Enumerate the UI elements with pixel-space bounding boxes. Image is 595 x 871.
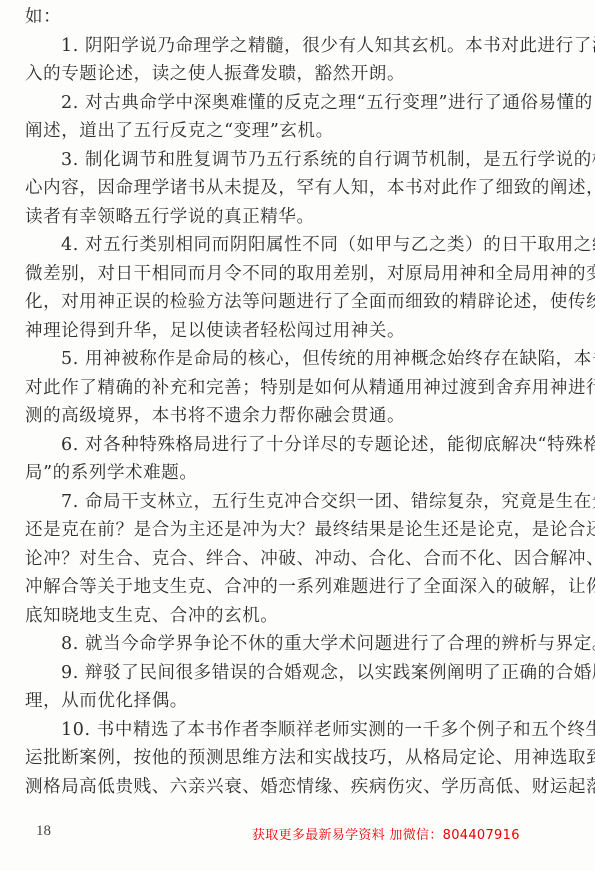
numbered-list: 1. 阴阳学说乃命理学之精髓，很少有人知其玄机。本书对此进行了深入的专题论述，读… <box>25 32 562 802</box>
list-item-line: 测格局高低贵贱、六亲兴衰、婚恋情缘、疾病伤灾、学历高低、财运起落、 <box>25 773 562 802</box>
list-item-first-line: 4. 对五行类别相同而阴阳属性不同（如甲与乙之类）的日干取用之细 <box>25 231 562 260</box>
list-item: 4. 对五行类别相同而阴阳属性不同（如甲与乙之类）的日干取用之细微差别，对日干相… <box>25 231 562 345</box>
list-item-line: 冲解合等关于地支生克、合冲的一系列难题进行了全面深入的破解，让你彻 <box>25 573 562 602</box>
list-item: 2. 对古典命学中深奥难懂的反克之理“五行变理”进行了通俗易懂的阐述，道出了五行… <box>25 89 562 146</box>
list-item: 3. 制化调节和胜复调节乃五行系统的自行调节机制，是五行学说的核心内容，因命理学… <box>25 146 562 232</box>
list-item-line: 论冲？对生合、克合、绊合、冲破、冲动、合化、合而不化、因合解冲、因 <box>25 545 562 574</box>
list-item-line: 底知晓地支生克、合冲的玄机。 <box>25 602 562 631</box>
list-item-line: 对此作了精确的补充和完善；特别是如何从精通用神过渡到舍弃用神进行预 <box>25 374 562 403</box>
list-item-line: 理，从而优化择偶。 <box>25 687 562 716</box>
list-item-line: 运批断案例，按他的预测思维方法和实战技巧，从格局定论、用神选取到预 <box>25 744 562 773</box>
list-item-line: 还是克在前？是合为主还是冲为大？最终结果是论生还是论克，是论合还是 <box>25 516 562 545</box>
list-item-line: 阐述，道出了五行反克之“变理”玄机。 <box>25 117 562 146</box>
list-item: 7. 命局干支林立，五行生克冲合交织一团、错综复杂，究竟是生在先还是克在前？是合… <box>25 488 562 631</box>
list-item: 8. 就当今命学界争论不休的重大学术问题进行了合理的辨析与界定。 <box>25 630 562 659</box>
list-item-first-line: 3. 制化调节和胜复调节乃五行系统的自行调节机制，是五行学说的核 <box>25 146 562 175</box>
list-item-line: 神理论得到升华，足以使读者轻松闯过用神关。 <box>25 317 562 346</box>
list-item-line: 读者有幸领略五行学说的真正精华。 <box>25 203 562 232</box>
list-item: 6. 对各种特殊格局进行了十分详尽的专题论述，能彻底解决“特殊格局”的系列学术难… <box>25 431 562 488</box>
list-item-line: 局”的系列学术难题。 <box>25 459 562 488</box>
list-item: 1. 阴阳学说乃命理学之精髓，很少有人知其玄机。本书对此进行了深入的专题论述，读… <box>25 32 562 89</box>
list-item-line: 化，对用神正误的检验方法等问题进行了全面而细致的精辟论述，使传统用 <box>25 288 562 317</box>
list-item-first-line: 6. 对各种特殊格局进行了十分详尽的专题论述，能彻底解决“特殊格 <box>25 431 562 460</box>
page-number: 18 <box>36 823 51 840</box>
list-item-line: 测的高级境界，本书将不遗余力帮你融会贯通。 <box>25 402 562 431</box>
list-item-first-line: 8. 就当今命学界争论不休的重大学术问题进行了合理的辨析与界定。 <box>25 630 562 659</box>
list-item: 9. 辩驳了民间很多错误的合婚观念，以实践案例阐明了正确的合婚原理，从而优化择偶… <box>25 659 562 716</box>
list-item-line: 心内容，因命理学诸书从未提及，罕有人知，本书对此作了细致的阐述，使 <box>25 174 562 203</box>
list-item-first-line: 5. 用神被称作是命局的核心，但传统的用神概念始终存在缺陷，本书 <box>25 345 562 374</box>
list-item-first-line: 1. 阴阳学说乃命理学之精髓，很少有人知其玄机。本书对此进行了深 <box>25 32 562 61</box>
list-item-first-line: 7. 命局干支林立，五行生克冲合交织一团、错综复杂，究竟是生在先 <box>25 488 562 517</box>
list-item-first-line: 2. 对古典命学中深奥难懂的反克之理“五行变理”进行了通俗易懂的 <box>25 89 562 118</box>
list-item: 10. 书中精选了本书作者李顺祥老师实测的一千多个例子和五个终生命运批断案例，按… <box>25 716 562 802</box>
list-item: 5. 用神被称作是命局的核心，但传统的用神概念始终存在缺陷，本书对此作了精确的补… <box>25 345 562 431</box>
list-item-line: 微差别，对日干相同而月令不同的取用差别，对原局用神和全局用神的变 <box>25 260 562 289</box>
list-item-line: 入的专题论述，读之使人振聋发聩，豁然开朗。 <box>25 60 562 89</box>
list-item-first-line: 9. 辩驳了民间很多错误的合婚观念，以实践案例阐明了正确的合婚原 <box>25 659 562 688</box>
watermark-contact: 获取更多最新易学资料 加微信：804407916 <box>252 824 520 843</box>
intro-line: 如： <box>25 3 562 32</box>
book-page-body: 如： 1. 阴阳学说乃命理学之精髓，很少有人知其玄机。本书对此进行了深入的专题论… <box>25 3 562 801</box>
list-item-first-line: 10. 书中精选了本书作者李顺祥老师实测的一千多个例子和五个终生命 <box>25 716 562 745</box>
